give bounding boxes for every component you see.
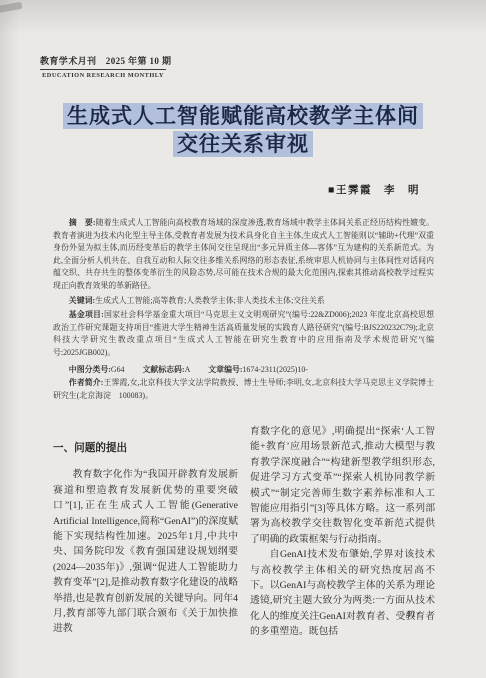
front-matter: 摘 要:随着生成式人工智能向高校教育场域的深度渗透,教育场域中教学主体间关系正经… [53,217,434,402]
body-paragraph-col2-second: 自GenAI技术发布肇始,学界对该技术与高校教学主体相关的研究热度居高不下。以G… [250,547,435,639]
keywords-line: 关键词:生成式人工智能;高等教育;人类教学主体;非人类技术主体;交往关系 [53,295,434,308]
keywords-text: 生成式人工智能;高等教育;人类教学主体;非人类技术主体;交往关系 [95,296,325,305]
article-title: 生成式人工智能赋能高校教学主体间 交往关系审视 [0,103,486,158]
abstract-label: 摘 要: [69,218,96,227]
fund-label: 基金项目: [69,310,104,319]
masthead-divider [40,69,166,70]
body-column-left: 一、问题的提出 教育数字化作为“我国开辟教育发展新赛道和塑造教育发展新优势的重要… [53,424,238,637]
fund-text: 国家社会科学基金重大项目“马克思主义文明观研究”(编号:22&ZD006);20… [53,310,434,357]
journal-page: 教育学术月刊 2025 年第 10 期 EDUCATION RESEARCH M… [0,0,486,678]
body-column-right: 育数字化的意见》,明确提出“探索‘人工智能+教育’应用场景新范式,推动大模型与教… [250,424,435,640]
author-bio-label: 作者简介: [69,378,104,387]
article-title-line1: 生成式人工智能赋能高校教学主体间 [63,103,423,129]
keywords-label: 关键词: [69,296,95,305]
scan-corner-artifact [0,2,22,13]
section-heading-1: 一、问题的提出 [53,441,238,456]
journal-name-english: EDUCATION RESEARCH MONTHLY [40,72,166,79]
fund-project-paragraph: 基金项目:国家社会科学基金重大项目“马克思主义文明观研究”(编号:22&ZD00… [53,309,434,359]
doc-code-label: 文献标志码: [142,365,184,374]
body-paragraph-col2-continued: 育数字化的意见》,明确提出“探索‘人工智能+教育’应用场景新范式,推动大模型与教… [250,424,435,547]
author-byline: ■王霁霞 李 明 [328,182,420,197]
body-paragraph-col1: 教育数字化作为“我国开辟教育发展新赛道和塑造教育发展新优势的重要突破口”[1],… [53,467,238,636]
journal-masthead: 教育学术月刊 2025 年第 10 期 EDUCATION RESEARCH M… [40,54,171,79]
article-title-line2: 交往关系审视 [173,131,313,157]
abstract-text: 随着生成式人工智能向高校教育场域的深度渗透,教育场域中教学主体间关系正经历结构性… [53,218,434,290]
author-bio-text: 王霁霞,女,北京科技大学文法学院教授、博士生导师;李明,女,北京科技大学马克思主… [53,378,434,400]
article-number-value: 1674-2311(2025)10- [242,365,307,374]
classification-line: 中图分类号:G64文献标志码:A文章编号:1674-2311(2025)10- [53,364,434,377]
journal-name-issue: 教育学术月刊 2025 年第 10 期 [40,54,171,67]
clc-value: G64 [111,365,125,374]
clc-label: 中图分类号: [69,365,111,374]
article-number-label: 文章编号: [208,365,242,374]
doc-code-value: A [185,365,191,374]
page-number: ·41· [402,609,421,619]
author-bio-paragraph: 作者简介:王霁霞,女,北京科技大学文法学院教授、博士生导师;李明,女,北京科技大… [53,377,434,402]
abstract-paragraph: 摘 要:随着生成式人工智能向高校教育场域的深度渗透,教育场域中教学主体间关系正经… [53,217,434,293]
